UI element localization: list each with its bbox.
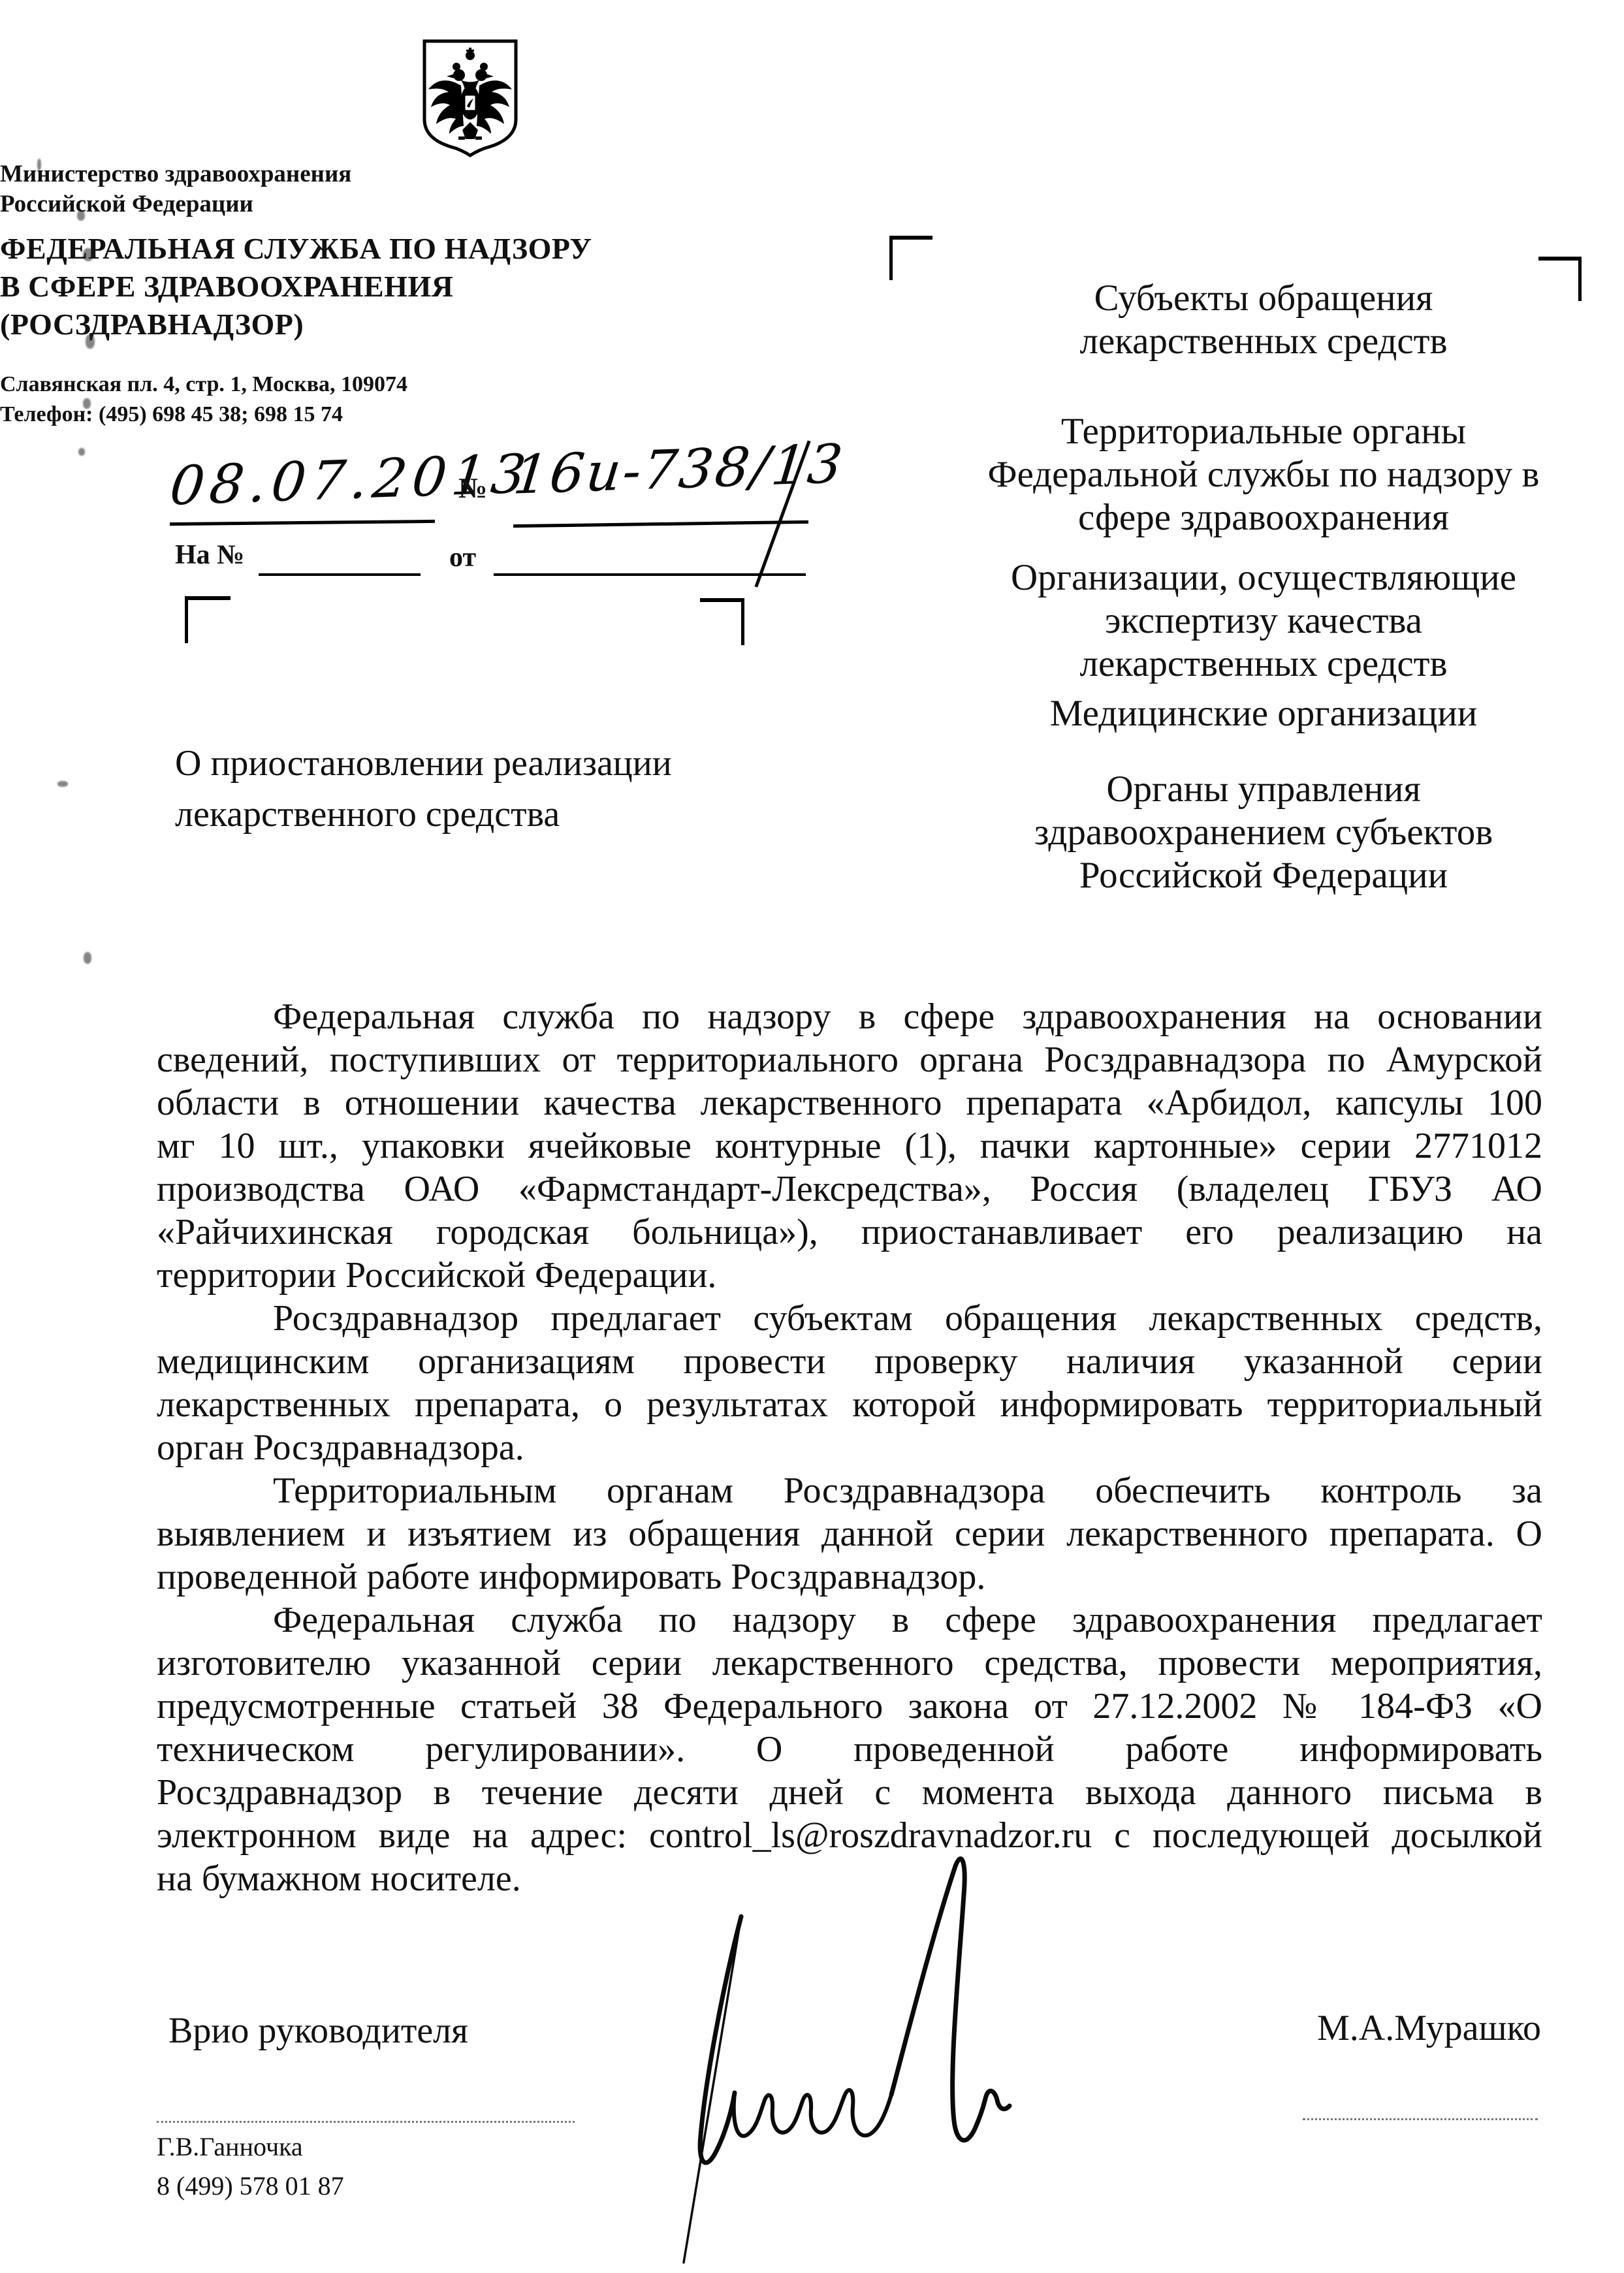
body-paragraph: Росздравнадзор предлагает субъектам обра… [157,1297,1542,1469]
subject-line: О приостановлении реализации [175,738,737,789]
letter-body: Федеральная служба по надзору в сфере зд… [157,995,1542,1900]
recipient-line: лекарственных средств [934,643,1593,686]
body-line: электронном виде на адрес: control_ls@ro… [157,1814,1542,1857]
body-line: области в отношении качества лекарственн… [157,1081,1542,1124]
recipient-line: Территориальные органы [934,410,1593,453]
date-underline [170,520,435,526]
scan-speck [84,952,91,964]
body-line: орган Росздравнадзора. [157,1426,1542,1469]
recipient-block: Медицинские организации [934,692,1593,735]
recipient-line: Субъекты обращения [934,277,1593,320]
ministry-name-line: Министерство здравоохранения [0,159,1624,189]
ministry-name-line: Российской Федерации [0,189,1624,219]
body-line: Росздравнадзор предлагает субъектам обра… [157,1297,1542,1340]
scan-speck [83,248,93,261]
recipient-block: Субъекты обращениялекарственных средств [934,277,1593,363]
body-line: Федеральная служба по надзору в сфере зд… [157,1598,1542,1642]
corner-mark [700,598,744,602]
body-line: Территориальным органам Росздравнадзора … [157,1469,1542,1512]
signer-position-title: Врио руководителя [168,2010,468,2052]
corner-mark [889,236,932,240]
body-line: территории Российской Федерации. [157,1254,1542,1297]
reply-to-label: На № [175,539,244,571]
recipient-line: Организации, осуществляющие [934,556,1593,599]
corner-mark [1538,257,1582,261]
body-line: мг 10 шт., упаковки ячейковые контурные … [157,1124,1542,1168]
scan-speck [78,448,85,456]
recipient-line: Медицинские организации [934,692,1593,735]
signature-dotted-rule [1303,2118,1538,2120]
recipient-line: экспертизу качества [934,599,1593,643]
body-line: Росздравнадзор в течение десяти дней с м… [157,1771,1542,1814]
scan-speck [83,398,91,409]
recipient-line: Федеральной службы по надзору в [934,453,1593,496]
executor-info: Г.В.Ганночка 8 (499) 578 01 87 [157,2127,344,2206]
recipient-line: сфере здравоохранения [934,496,1593,539]
signer-name: М.А.Мурашко [1149,2007,1541,2049]
russian-coat-of-arms-emblem [419,37,521,158]
reply-number-blank [259,573,421,576]
corner-mark [185,596,231,600]
body-line: техническом регулировании». О проведенно… [157,1728,1542,1771]
scan-speck [86,334,95,349]
service-name-line: ФЕДЕРАЛЬНАЯ СЛУЖБА ПО НАДЗОРУ [0,230,1624,268]
handwritten-signature [643,1854,1048,2272]
body-paragraph: Федеральная служба по надзору в сфере зд… [157,995,1542,1297]
letter-page: Министерство здравоохраненияРоссийской Ф… [0,0,1624,2273]
body-line: лекарственных препарата, о результатах к… [157,1383,1542,1426]
body-line: Федеральная служба по надзору в сфере зд… [157,995,1542,1038]
executor-phone: 8 (499) 578 01 87 [157,2167,344,2206]
body-line: изготовителю указанной серии лекарственн… [157,1642,1542,1685]
body-paragraph: Территориальным органам Росздравнадзора … [157,1469,1542,1598]
recipient-block: Территориальные органыФедеральной службы… [934,410,1593,539]
handwritten-outgoing-number: 16и-738/13 [515,439,843,501]
reply-date-blank [494,573,806,576]
recipient-line: Органы управления [934,768,1593,811]
body-line: медицинским организациям провести провер… [157,1340,1542,1383]
recipient-line: здравоохранением субъектов [934,811,1593,854]
reply-from-label: от [449,542,476,573]
corner-mark [889,236,893,280]
body-line: предусмотренные статьей 38 Федерального … [157,1685,1542,1728]
ministry-name: Министерство здравоохраненияРоссийской Ф… [0,159,1624,219]
number-underline [513,520,808,528]
recipient-line: лекарственных средств [934,320,1593,363]
signature-dotted-rule [157,2121,575,2123]
executor-name: Г.В.Ганночка [157,2127,344,2167]
recipient-block: Органы управленияздравоохранением субъек… [934,768,1593,897]
letterhead-address: Славянская пл. 4, стр. 1, Москва, 109074 [0,370,1624,400]
scan-speck [77,210,85,221]
corner-mark [185,596,188,643]
corner-mark [741,598,744,645]
subject-line: лекарственного средства [175,789,737,840]
body-line: «Райчихинская городская больница»), прио… [157,1211,1542,1254]
body-line: производства ОАО «Фармстандарт-Лексредст… [157,1168,1542,1211]
recipient-line: Российской Федерации [934,854,1593,897]
scan-speck [37,159,41,170]
recipient-block: Организации, осуществляющиеэкспертизу ка… [934,556,1593,686]
body-line: сведений, поступивших от территориальног… [157,1038,1542,1081]
number-sign: № [458,471,487,505]
body-line: проведенной работе информировать Росздра… [157,1555,1542,1598]
scan-speck [57,781,68,787]
letter-subject: О приостановлении реализациилекарственно… [175,738,737,840]
body-line: выявлением и изъятием из обращения данно… [157,1512,1542,1555]
